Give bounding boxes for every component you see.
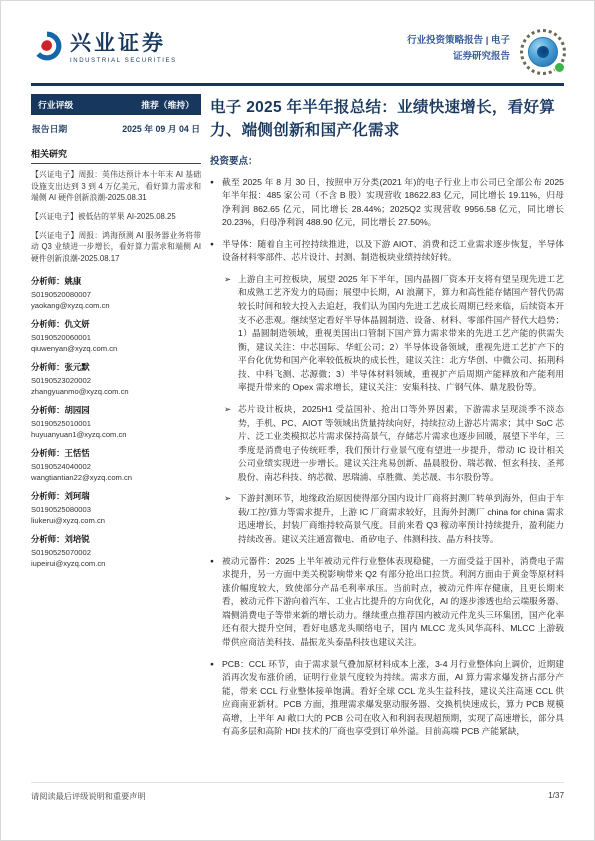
report-body: 电子 2025 年半年报总结：业绩快速增长，看好算力、端侧创新和国产化需求 投资… <box>210 94 564 786</box>
analyst-name: 分析师：胡园园 <box>31 404 201 416</box>
arrow-bullet-icon: ➢ <box>224 403 231 416</box>
bullet-icon: ● <box>210 240 214 250</box>
analyst-entry: 分析师：张元默 S0190523020002 zhangyuanmo@xyzq.… <box>31 361 201 397</box>
analyst-email: yaokang@xyzq.com.cn <box>31 300 201 311</box>
analyst-name: 分析师：仇文妍 <box>31 318 201 330</box>
page-header: 兴业证券 INDUSTRIAL SECURITIES 行业投资策略报告 | 电子… <box>1 1 594 81</box>
analyst-code: S0190525070002 <box>31 547 201 558</box>
seal-core-icon <box>537 46 549 58</box>
analyst-email: huyuanyuan1@xyzq.com.cn <box>31 429 201 440</box>
report-date-label: 报告日期 <box>32 122 67 135</box>
analyst-code: S0190525010001 <box>31 418 201 429</box>
analyst-code: S0190525080003 <box>31 504 201 515</box>
related-research-item: 【兴证电子】被低估的苹果 AI-2025.08.25 <box>31 211 201 223</box>
analyst-code: S0190520060001 <box>31 332 201 343</box>
report-date-row: 报告日期 2025 年 09 月 04 日 <box>31 115 201 141</box>
rating-value: 推荐（维持） <box>141 98 194 111</box>
analyst-entry: 分析师：刘培锐 S0190525070002 iupeirui@xyzq.com… <box>31 533 201 569</box>
report-page: 兴业证券 INDUSTRIAL SECURITIES 行业投资策略报告 | 电子… <box>0 0 595 841</box>
investment-points-heading: 投资要点： <box>210 153 564 167</box>
brand-name-cn: 兴业证券 <box>70 27 177 57</box>
analyst-entry: 分析师：王恬恬 S0190524040002 wangtiantian22@xy… <box>31 447 201 483</box>
related-research-item: 【兴证电子】周报：英伟达预计本十年末 AI 基础设施支出达到 3 到 4 万亿美… <box>31 169 201 204</box>
related-research-item: 【兴证电子】周报：鸿海预测 AI 服务器业务将带动 Q3 业绩进一步增长，看好算… <box>31 230 201 265</box>
page-footer: 请阅读最后评级说明和重要声明 1/37 <box>31 782 564 802</box>
bullet-paragraph: ● 截至 2025 年 8 月 30 日，按照申万分类(2021 年)的电子行业… <box>210 176 564 230</box>
footer-disclaimer: 请阅读最后评级说明和重要声明 <box>31 791 146 802</box>
brand-name-en: INDUSTRIAL SECURITIES <box>70 58 177 64</box>
analyst-email: zhangyuanmo@xyzq.com.cn <box>31 386 201 397</box>
bullet-paragraph: ● 半导体：随着自主可控持续推进，以及下游 AIOT、消费和泛工业需求逐步恢复，… <box>210 238 564 265</box>
report-type: 行业投资策略报告 | 电子 <box>407 33 510 49</box>
brand: 兴业证券 INDUSTRIAL SECURITIES <box>31 27 177 64</box>
analyst-email: iupeirui@xyzq.com.cn <box>31 558 201 569</box>
bullet-paragraph: ● PCB：CCL 环节，由于需求景气叠加原材料成本上涨，3-4 月行业整体向上… <box>210 658 564 739</box>
related-research-title: 相关研究 <box>31 141 201 164</box>
analyst-name: 分析师：刘珂瑞 <box>31 490 201 502</box>
content: 行业评级 推荐（维持） 报告日期 2025 年 09 月 04 日 相关研究 【… <box>1 86 594 786</box>
company-logo-icon <box>31 30 63 62</box>
analyst-name: 分析师：姚康 <box>31 275 201 287</box>
report-category: 证券研究报告 <box>407 49 510 65</box>
bullet-text: 半导体：随着自主可控持续推进，以及下游 AIOT、消费和泛工业需求逐步恢复，半导… <box>222 239 564 263</box>
analyst-entry: 分析师：胡园园 S0190525010001 huyuanyuan1@xyzq.… <box>31 404 201 440</box>
bullet-icon: ● <box>210 660 214 670</box>
bullet-text: 截至 2025 年 8 月 30 日，按照申万分类(2021 年)的电子行业上市… <box>222 177 564 228</box>
bullet-text: 上游自主可控板块，展望 2025 年下半年，国内晶圆厂资本开支将有望呈现先进工艺… <box>238 274 564 393</box>
analyst-name: 分析师：刘培锐 <box>31 533 201 545</box>
rating-label: 行业评级 <box>38 98 73 111</box>
analyst-list: 分析师：姚康 S0190520080007 yaokang@xyzq.com.c… <box>31 275 201 569</box>
sub-bullet-paragraph: ➢ 芯片设计板块，2025H1 受益国补、抢出口等外界因素，下游需求呈现淡季不淡… <box>224 403 564 484</box>
sidebar: 行业评级 推荐（维持） 报告日期 2025 年 09 月 04 日 相关研究 【… <box>31 94 201 786</box>
bullet-text: 被动元器件：2025 上半年被动元件行业整体表现稳健，一方面受益于国补，消费电子… <box>222 556 564 647</box>
seal-green-dot-icon <box>554 62 565 73</box>
analyst-code: S0190524040002 <box>31 461 201 472</box>
qr-seal-icon <box>520 29 566 75</box>
bullet-text: PCB：CCL 环节，由于需求景气叠加原材料成本上涨，3-4 月行业整体向上调价… <box>222 659 564 737</box>
page-number: 1/37 <box>548 791 564 802</box>
analyst-code: S0190523020002 <box>31 375 201 386</box>
sub-bullet-paragraph: ➢ 下游封测环节，地缘政治原因使得部分国内设计厂商将封测厂转单到海外，但由于车载… <box>224 492 564 546</box>
analyst-code: S0190520080007 <box>31 289 201 300</box>
analyst-name: 分析师：王恬恬 <box>31 447 201 459</box>
report-title: 电子 2025 年半年报总结：业绩快速增长，看好算力、端侧创新和国产化需求 <box>210 96 564 143</box>
analyst-name: 分析师：张元默 <box>31 361 201 373</box>
report-date-value: 2025 年 09 月 04 日 <box>122 122 200 135</box>
report-meta: 行业投资策略报告 | 电子 证券研究报告 <box>407 33 510 65</box>
bullet-text: 芯片设计板块，2025H1 受益国补、抢出口等外界因素，下游需求呈现淡季不淡态势… <box>238 404 564 482</box>
brand-text: 兴业证券 INDUSTRIAL SECURITIES <box>70 27 177 64</box>
bullet-paragraph: ● 被动元器件：2025 上半年被动元件行业整体表现稳健，一方面受益于国补，消费… <box>210 555 564 650</box>
industry-rating-banner: 行业评级 推荐（维持） <box>31 94 201 115</box>
analyst-email: qiuwenyan@xyzq.com.cn <box>31 343 201 354</box>
seal-globe-icon <box>528 37 558 67</box>
analyst-entry: 分析师：刘珂瑞 S0190525080003 liukerui@xyzq.com… <box>31 490 201 526</box>
analyst-entry: 分析师：姚康 S0190520080007 yaokang@xyzq.com.c… <box>31 275 201 311</box>
arrow-bullet-icon: ➢ <box>224 273 231 286</box>
analyst-email: liukerui@xyzq.com.cn <box>31 515 201 526</box>
bullet-text: 下游封测环节，地缘政治原因使得部分国内设计厂商将封测厂转单到海外，但由于车载/工… <box>238 493 564 544</box>
arrow-bullet-icon: ➢ <box>224 492 231 505</box>
analyst-entry: 分析师：仇文妍 S0190520060001 qiuwenyan@xyzq.co… <box>31 318 201 354</box>
analyst-email: wangtiantian22@xyzq.com.cn <box>31 472 201 483</box>
header-right: 行业投资策略报告 | 电子 证券研究报告 <box>407 29 566 75</box>
sub-bullet-paragraph: ➢ 上游自主可控板块，展望 2025 年下半年，国内晶圆厂资本开支将有望呈现先进… <box>224 273 564 395</box>
bullet-icon: ● <box>210 557 214 567</box>
bullet-icon: ● <box>210 178 214 188</box>
